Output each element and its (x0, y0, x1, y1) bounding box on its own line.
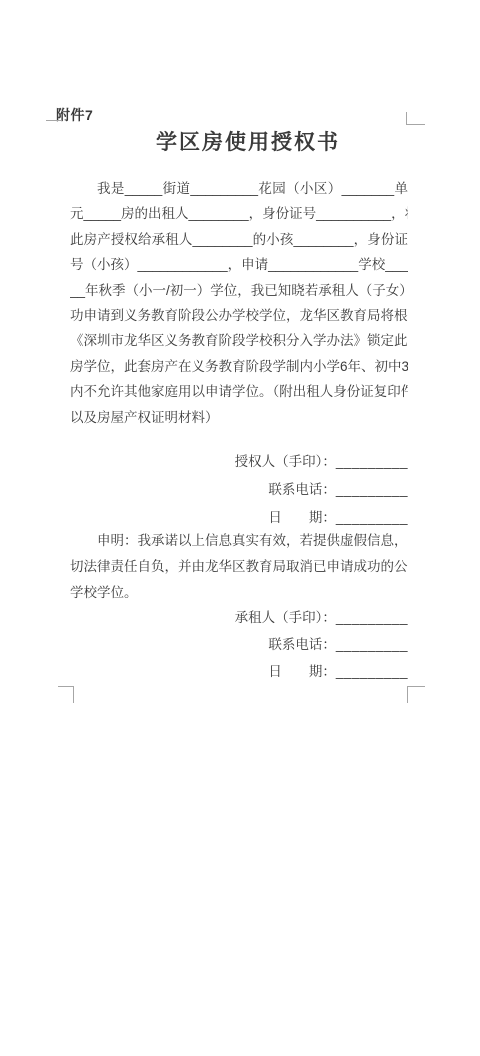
document-page: 附件7 学区房使用授权书 我是_____街道_________花园（小区）___… (0, 0, 480, 1056)
paragraph-line: 功申请到义务教育阶段公办学校学位，龙华区教育局将根据 (70, 303, 408, 328)
text-boundary-mark-top-left (46, 120, 62, 121)
renter-phone-label: 联系电话： (268, 637, 336, 652)
paragraph-line: 《深圳市龙华区义务教育阶段学校积分入学办法》锁定此套 (70, 328, 408, 353)
authorizer-date-blank: _________ (336, 510, 408, 525)
text-boundary-mark-bottom-right (407, 686, 425, 703)
paragraph-line: 此房产授权给承租人________的小孩________，身份证 (70, 227, 408, 252)
main-paragraph: 我是_____街道_________花园（小区）_______单 元_____房… (70, 176, 408, 430)
authorizer-phone-label: 联系电话： (268, 482, 336, 497)
authorizer-signature-label: 授权人（手印）： (235, 454, 336, 469)
authorizer-signature-block: 授权人（手印）：_________ 联系电话：_________ 日 期：___… (70, 448, 408, 532)
paragraph-line: __年秋季（小一/初一）学位，我已知晓若承租人（子女）成 (70, 278, 408, 303)
authorizer-phone-line: 联系电话：_________ (70, 476, 408, 504)
renter-signature-label: 承租人（手印）： (235, 610, 336, 625)
authorizer-signature-line: 授权人（手印）：_________ (70, 448, 408, 476)
page-title: 学区房使用授权书 (0, 126, 480, 156)
authorizer-phone-blank: _________ (336, 482, 408, 497)
statement-paragraph: 申明：我承诺以上信息真实有效，若提供虚假信息，一 切法律责任自负，并由龙华区教育… (70, 528, 408, 606)
renter-date-label: 日 期： (268, 664, 336, 679)
paragraph-line: 我是_____街道_________花园（小区）_______单 (70, 176, 408, 201)
text-boundary-mark-bottom-left (58, 686, 74, 703)
authorizer-date-label: 日 期： (268, 510, 336, 525)
renter-date-line: 日 期：_________ (70, 658, 408, 685)
statement-line: 学校学位。 (70, 580, 408, 606)
attachment-label: 附件7 (56, 105, 93, 125)
paragraph-line: 号（小孩）____________，申请____________学校____ (70, 252, 408, 277)
renter-signature-blank: _________ (336, 610, 408, 625)
paragraph-line: 房学位，此套房产在义务教育阶段学制内小学6年、初中3年 (70, 354, 408, 379)
paragraph-line: 以及房屋产权证明材料） (70, 405, 408, 430)
renter-phone-blank: _________ (336, 637, 408, 652)
renter-signature-block: 承租人（手印）：_________ 联系电话：_________ 日 期：___… (70, 604, 408, 685)
paragraph-line: 元_____房的出租人________，身份证号__________，将 (70, 201, 408, 226)
authorizer-signature-blank: _________ (336, 454, 408, 469)
text-boundary-mark-top-right (406, 112, 425, 125)
paragraph-line: 内不允许其他家庭用以申请学位。（附出租人身份证复印件 (70, 379, 408, 404)
renter-date-blank: _________ (336, 664, 408, 679)
statement-line: 切法律责任自负，并由龙华区教育局取消已申请成功的公办 (70, 554, 408, 580)
statement-line: 申明：我承诺以上信息真实有效，若提供虚假信息，一 (70, 528, 408, 554)
renter-phone-line: 联系电话：_________ (70, 631, 408, 658)
renter-signature-line: 承租人（手印）：_________ (70, 604, 408, 631)
